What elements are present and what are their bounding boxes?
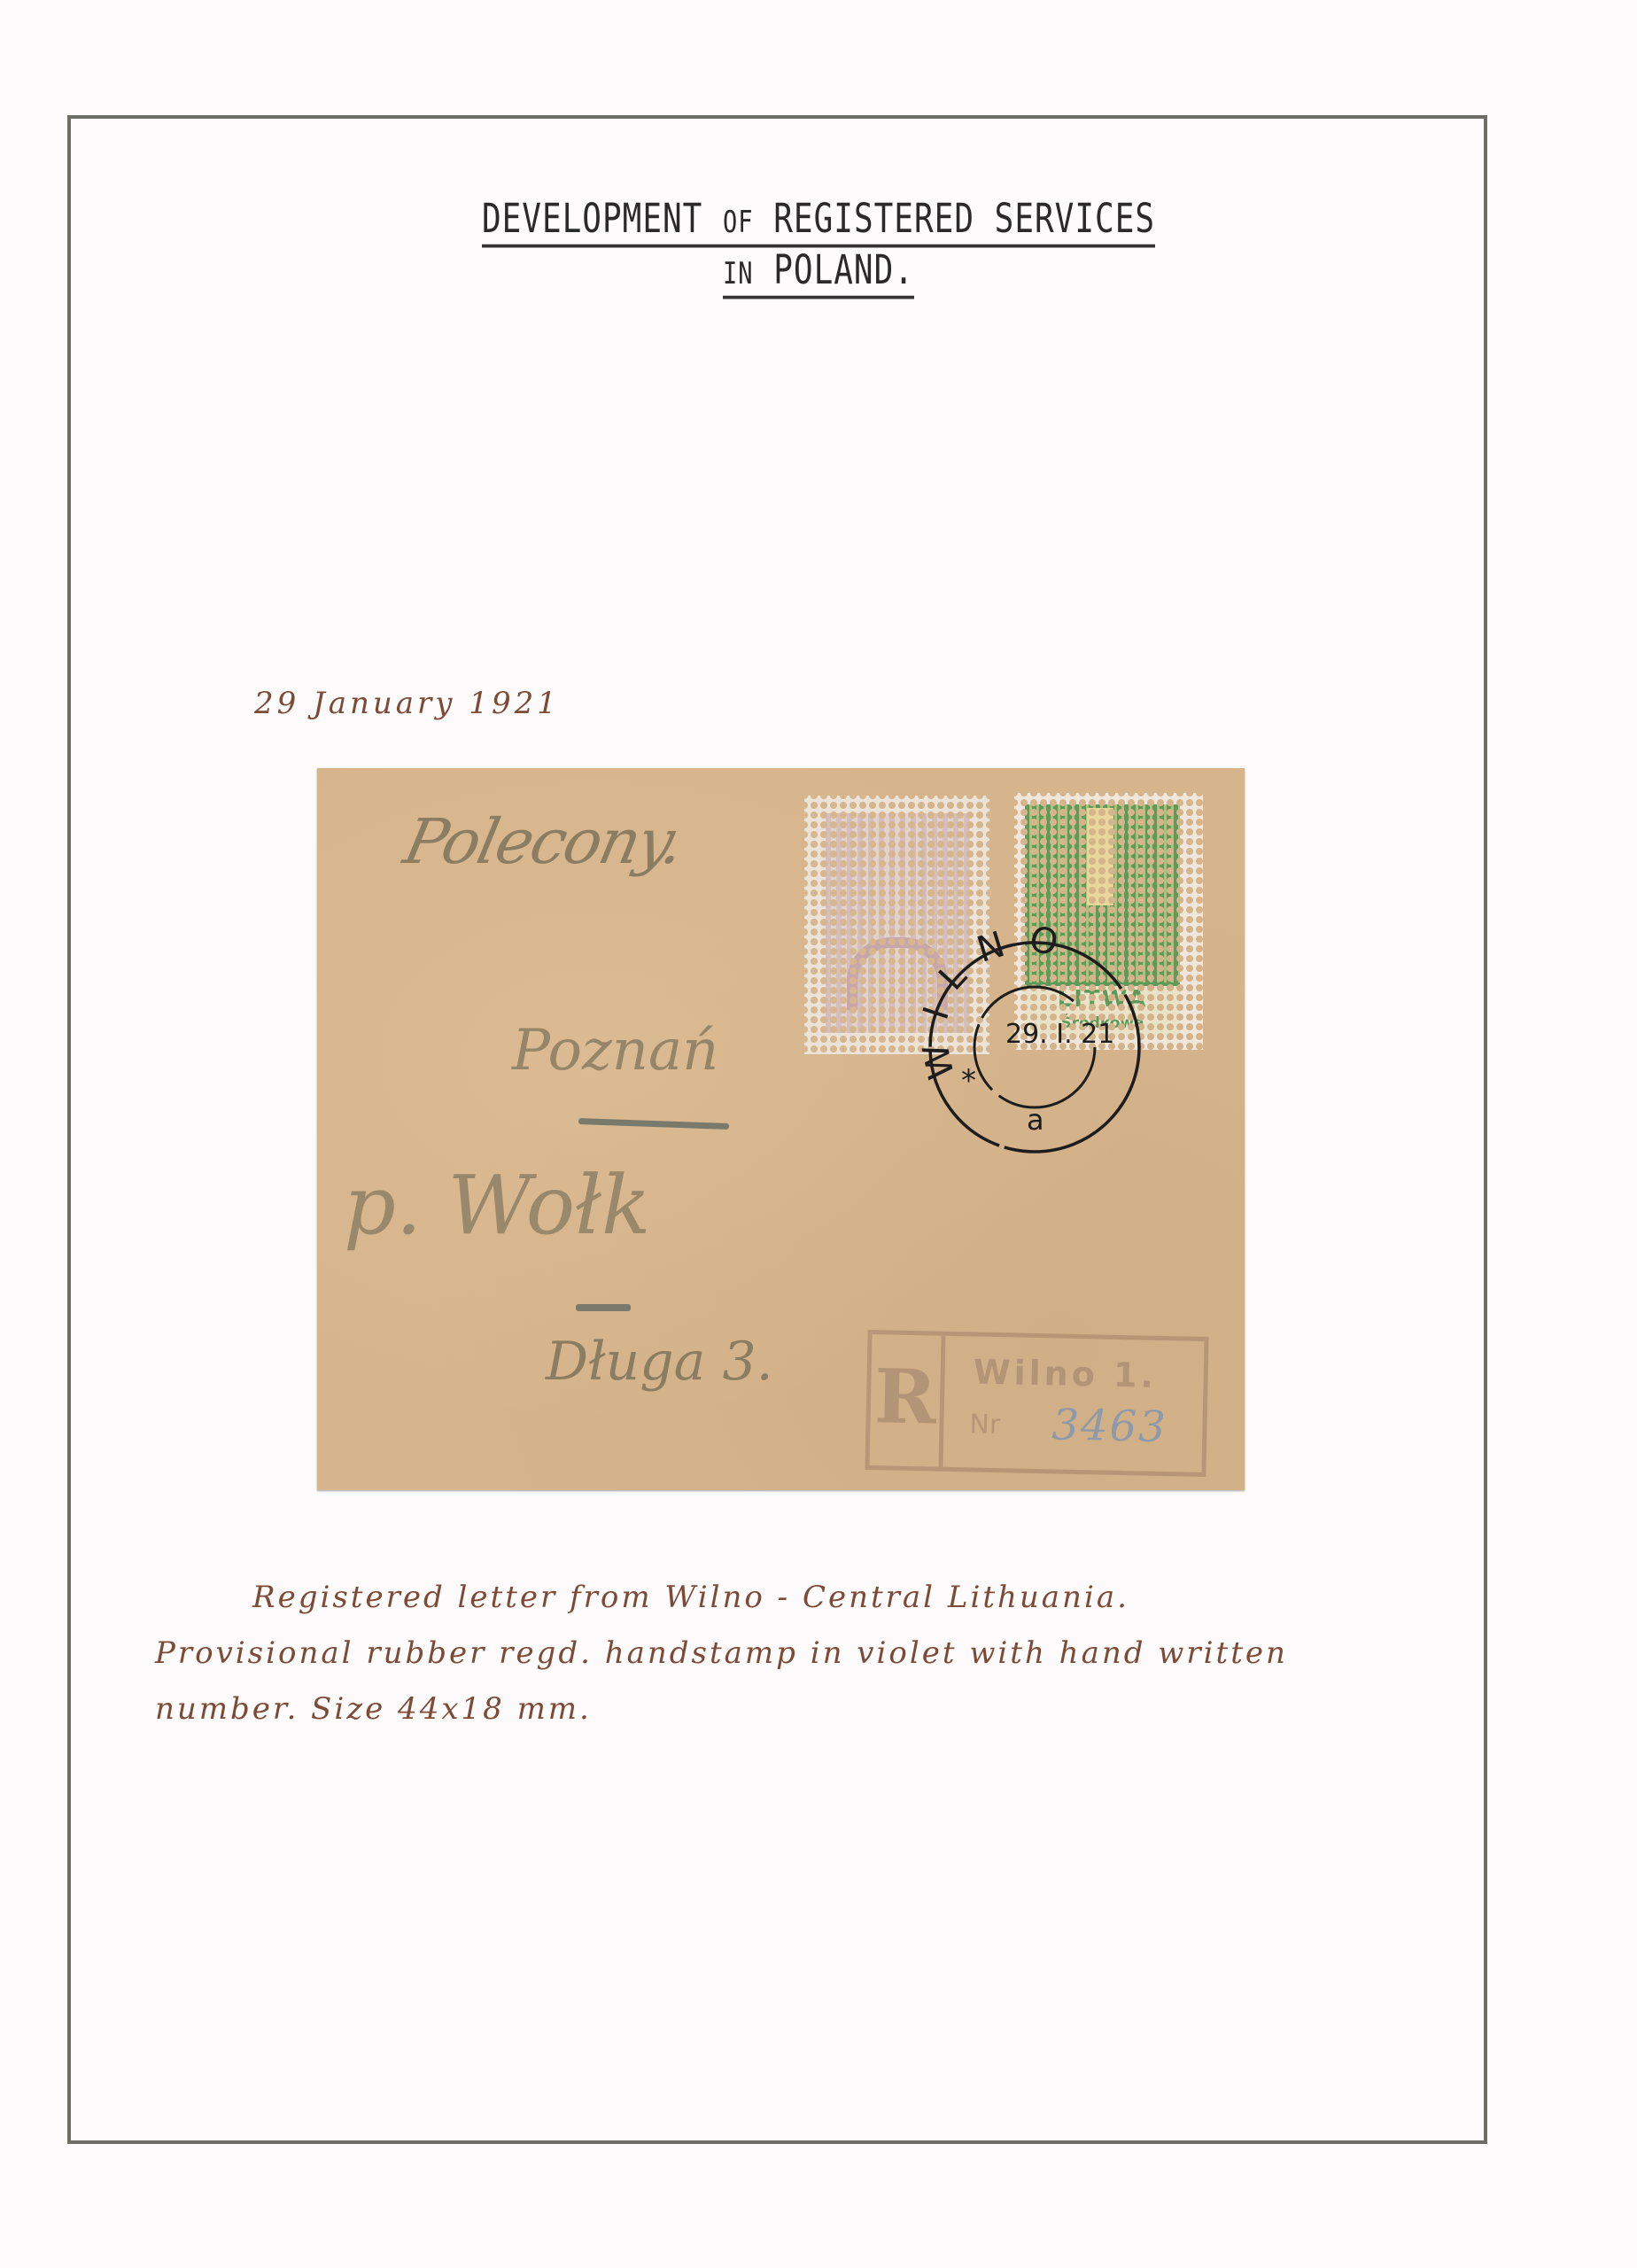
page-title-line1: DEVELOPMENT OF REGISTERED SERVICES (0, 197, 1637, 242)
registration-office: Wilno 1. (973, 1352, 1157, 1394)
title-word-development: DEVELOPMENT (482, 197, 702, 242)
registered-envelope: Polecony. LITWA Środkowa WILNO 29. I. 21… (317, 768, 1245, 1490)
wilno-postmark: WILNO 29. I. 21 * a (927, 942, 1142, 1153)
title-word-registered-services: REGISTERED SERVICES (773, 197, 1155, 242)
caption-line2: Provisional rubber regd. handstamp in vi… (155, 1626, 1439, 1682)
handwritten-addressee: p. Wołk (344, 1158, 651, 1253)
registration-handstamp: R Wilno 1. Nr 3463 (865, 1330, 1208, 1477)
handwritten-city: Poznań (512, 1018, 718, 1084)
title-word-poland: POLAND. (773, 248, 914, 293)
page-title-line2: IN POLAND. (0, 248, 1637, 293)
handwritten-underline (578, 1118, 729, 1130)
registration-number: 3463 (1051, 1400, 1168, 1452)
postmark-index: a (1027, 1103, 1044, 1137)
caption-line3: number. Size 44x18 mm. (155, 1682, 1439, 1737)
stamp-green-sky (1087, 808, 1113, 905)
handwritten-dash (576, 1304, 631, 1311)
postmark-date: 29. I. 21 (1005, 1019, 1114, 1050)
registration-number-prefix: Nr (969, 1409, 1001, 1441)
cover-date: 29 January 1921 (254, 686, 560, 721)
title-word-in: IN (723, 257, 754, 291)
caption-line1: Registered letter from Wilno - Central L… (155, 1570, 1439, 1626)
registration-letter: R (869, 1334, 945, 1467)
handwritten-street: Długa 3. (546, 1331, 773, 1393)
postmark-star: * (961, 1063, 976, 1099)
cover-description: Registered letter from Wilno - Central L… (155, 1570, 1439, 1737)
title-word-of: OF (723, 206, 754, 240)
handwritten-registered-marking: Polecony. (398, 805, 689, 878)
